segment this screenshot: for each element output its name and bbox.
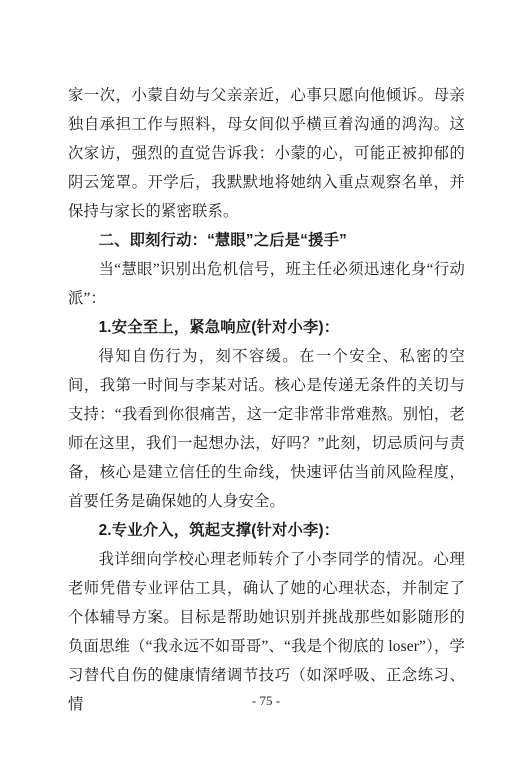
paragraph-emergency-response: 得知自伤行为，刻不容缓。在一个安全、私密的空间，我第一时间与李某对话。核心是传递… [68,342,465,516]
subsection-heading-professional-intervention: 2.专业介入，筑起支撑(针对小李)： [68,516,465,545]
paragraph-family-visit: 家一次，小蒙自幼与父亲亲近，心事只愿向他倾诉。母亲独自承担工作与照料，母女间似乎… [68,81,465,226]
text-block: 家一次，小蒙自幼与父亲亲近，心事只愿向他倾诉。母亲独自承担工作与照料，母女间似乎… [68,81,465,719]
section-heading-immediate-action: 二、即刻行动：“慧眼”之后是“援手” [68,226,465,255]
paragraph-action-intro: 当“慧眼”识别出危机信号，班主任必须迅速化身“行动派”： [68,255,465,313]
document-page: 家一次，小蒙自幼与父亲亲近，心事只愿向他倾诉。母亲独自承担工作与照料，母女间似乎… [0,0,532,768]
subsection-heading-safety-first: 1.安全至上，紧急响应(针对小李)： [68,313,465,342]
page-number: - 75 - [0,692,532,710]
